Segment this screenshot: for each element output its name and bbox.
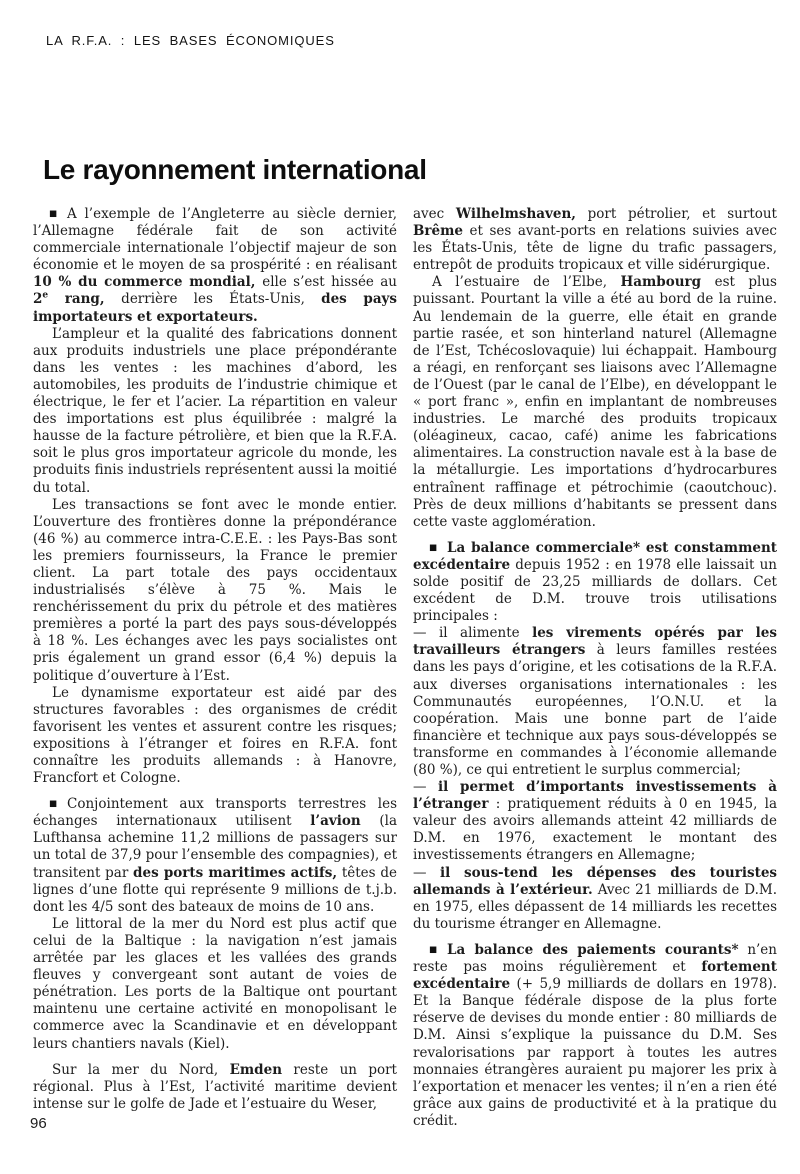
text: à leurs familles restées dans les pays d… — [413, 642, 777, 778]
paragraph: Les transactions se font avec le monde e… — [33, 497, 397, 685]
text: derrière les États-Unis, — [121, 291, 321, 307]
bold-text: rang, — [48, 291, 121, 307]
bold-text: Brême — [413, 223, 463, 239]
paragraph: Le littoral de la mer du Nord est plus a… — [33, 916, 397, 1053]
square-bullet-icon: ■ — [41, 800, 57, 809]
bold-text: La balance des paiements courants* — [447, 942, 738, 958]
page: LA R.F.A. : LES BASES ÉCONOMIQUES Le ray… — [0, 0, 800, 1174]
paragraph: Le dynamisme exportateur est aidé par de… — [33, 685, 397, 788]
bold-text: 10 % du commerce mondial, — [33, 274, 262, 290]
paragraph: ■Conjointement aux transports terrestres… — [33, 796, 397, 916]
text: Le dynamisme exportateur est aidé par de… — [33, 685, 397, 786]
text: A l’exemple de l’Angleterre au siècle de… — [33, 206, 397, 273]
text: L’ampleur et la qualité des fabrications… — [33, 326, 397, 496]
paragraph: ■La balance commerciale* est constamment… — [413, 540, 777, 625]
text: et ses avant-ports en relations suivies … — [413, 223, 777, 273]
page-number: 96 — [30, 1115, 47, 1132]
paragraph: L’ampleur et la qualité des fabrications… — [33, 326, 397, 497]
paragraph: A l’estuaire de l’Elbe, Hambourg est plu… — [413, 274, 777, 530]
paragraph: — il sous-tend les dépenses des touriste… — [413, 865, 777, 933]
text: — — [413, 865, 440, 881]
square-bullet-icon: ■ — [421, 946, 437, 955]
text: avec — [413, 206, 456, 222]
bold-text: Emden — [230, 1062, 282, 1078]
paragraph: — il alimente les virements opérés par l… — [413, 625, 777, 779]
square-bullet-icon: ■ — [41, 210, 57, 219]
paragraph: — il permet d’importants investissements… — [413, 779, 777, 864]
column-right: avec Wilhelmshaven, port pétrolier, et s… — [413, 206, 777, 1130]
text: elle s’est hissée au — [262, 274, 397, 290]
text: Le littoral de la mer du Nord est plus a… — [33, 916, 397, 1052]
bold-text: Hambourg — [620, 274, 701, 290]
text: port pétrolier, et surtout — [576, 206, 777, 222]
bold-text: des ports maritimes actifs, — [133, 865, 337, 881]
paragraph: Sur la mer du Nord, Emden reste un port … — [33, 1062, 397, 1113]
bold-text: l’avion — [310, 813, 360, 829]
paragraph: ■A l’exemple de l’Angleterre au siècle d… — [33, 206, 397, 326]
page-title: Le rayonnement international — [43, 154, 427, 186]
text: Sur la mer du Nord, — [52, 1062, 230, 1078]
square-bullet-icon: ■ — [421, 544, 437, 553]
text: est plus puissant. Pourtant la ville a é… — [413, 274, 777, 529]
text: A l’estuaire de l’Elbe, — [432, 274, 620, 290]
paragraph: avec Wilhelmshaven, port pétrolier, et s… — [413, 206, 777, 274]
column-left: ■A l’exemple de l’Angleterre au siècle d… — [33, 206, 397, 1130]
text: — il alimente — [413, 625, 532, 641]
section-kicker: LA R.F.A. : LES BASES ÉCONOMIQUES — [46, 33, 335, 48]
text: — — [413, 779, 438, 795]
paragraph: ■La balance des paiements courants* n’en… — [413, 942, 777, 1130]
text-columns: ■A l’exemple de l’Angleterre au siècle d… — [33, 206, 777, 1130]
bold-text: 2 — [33, 291, 42, 307]
text: (+ 5,9 milliards de dollars en 1978). Et… — [413, 976, 777, 1129]
text: Les transactions se font avec le monde e… — [33, 497, 397, 684]
bold-text: Wilhelmshaven, — [456, 206, 576, 222]
